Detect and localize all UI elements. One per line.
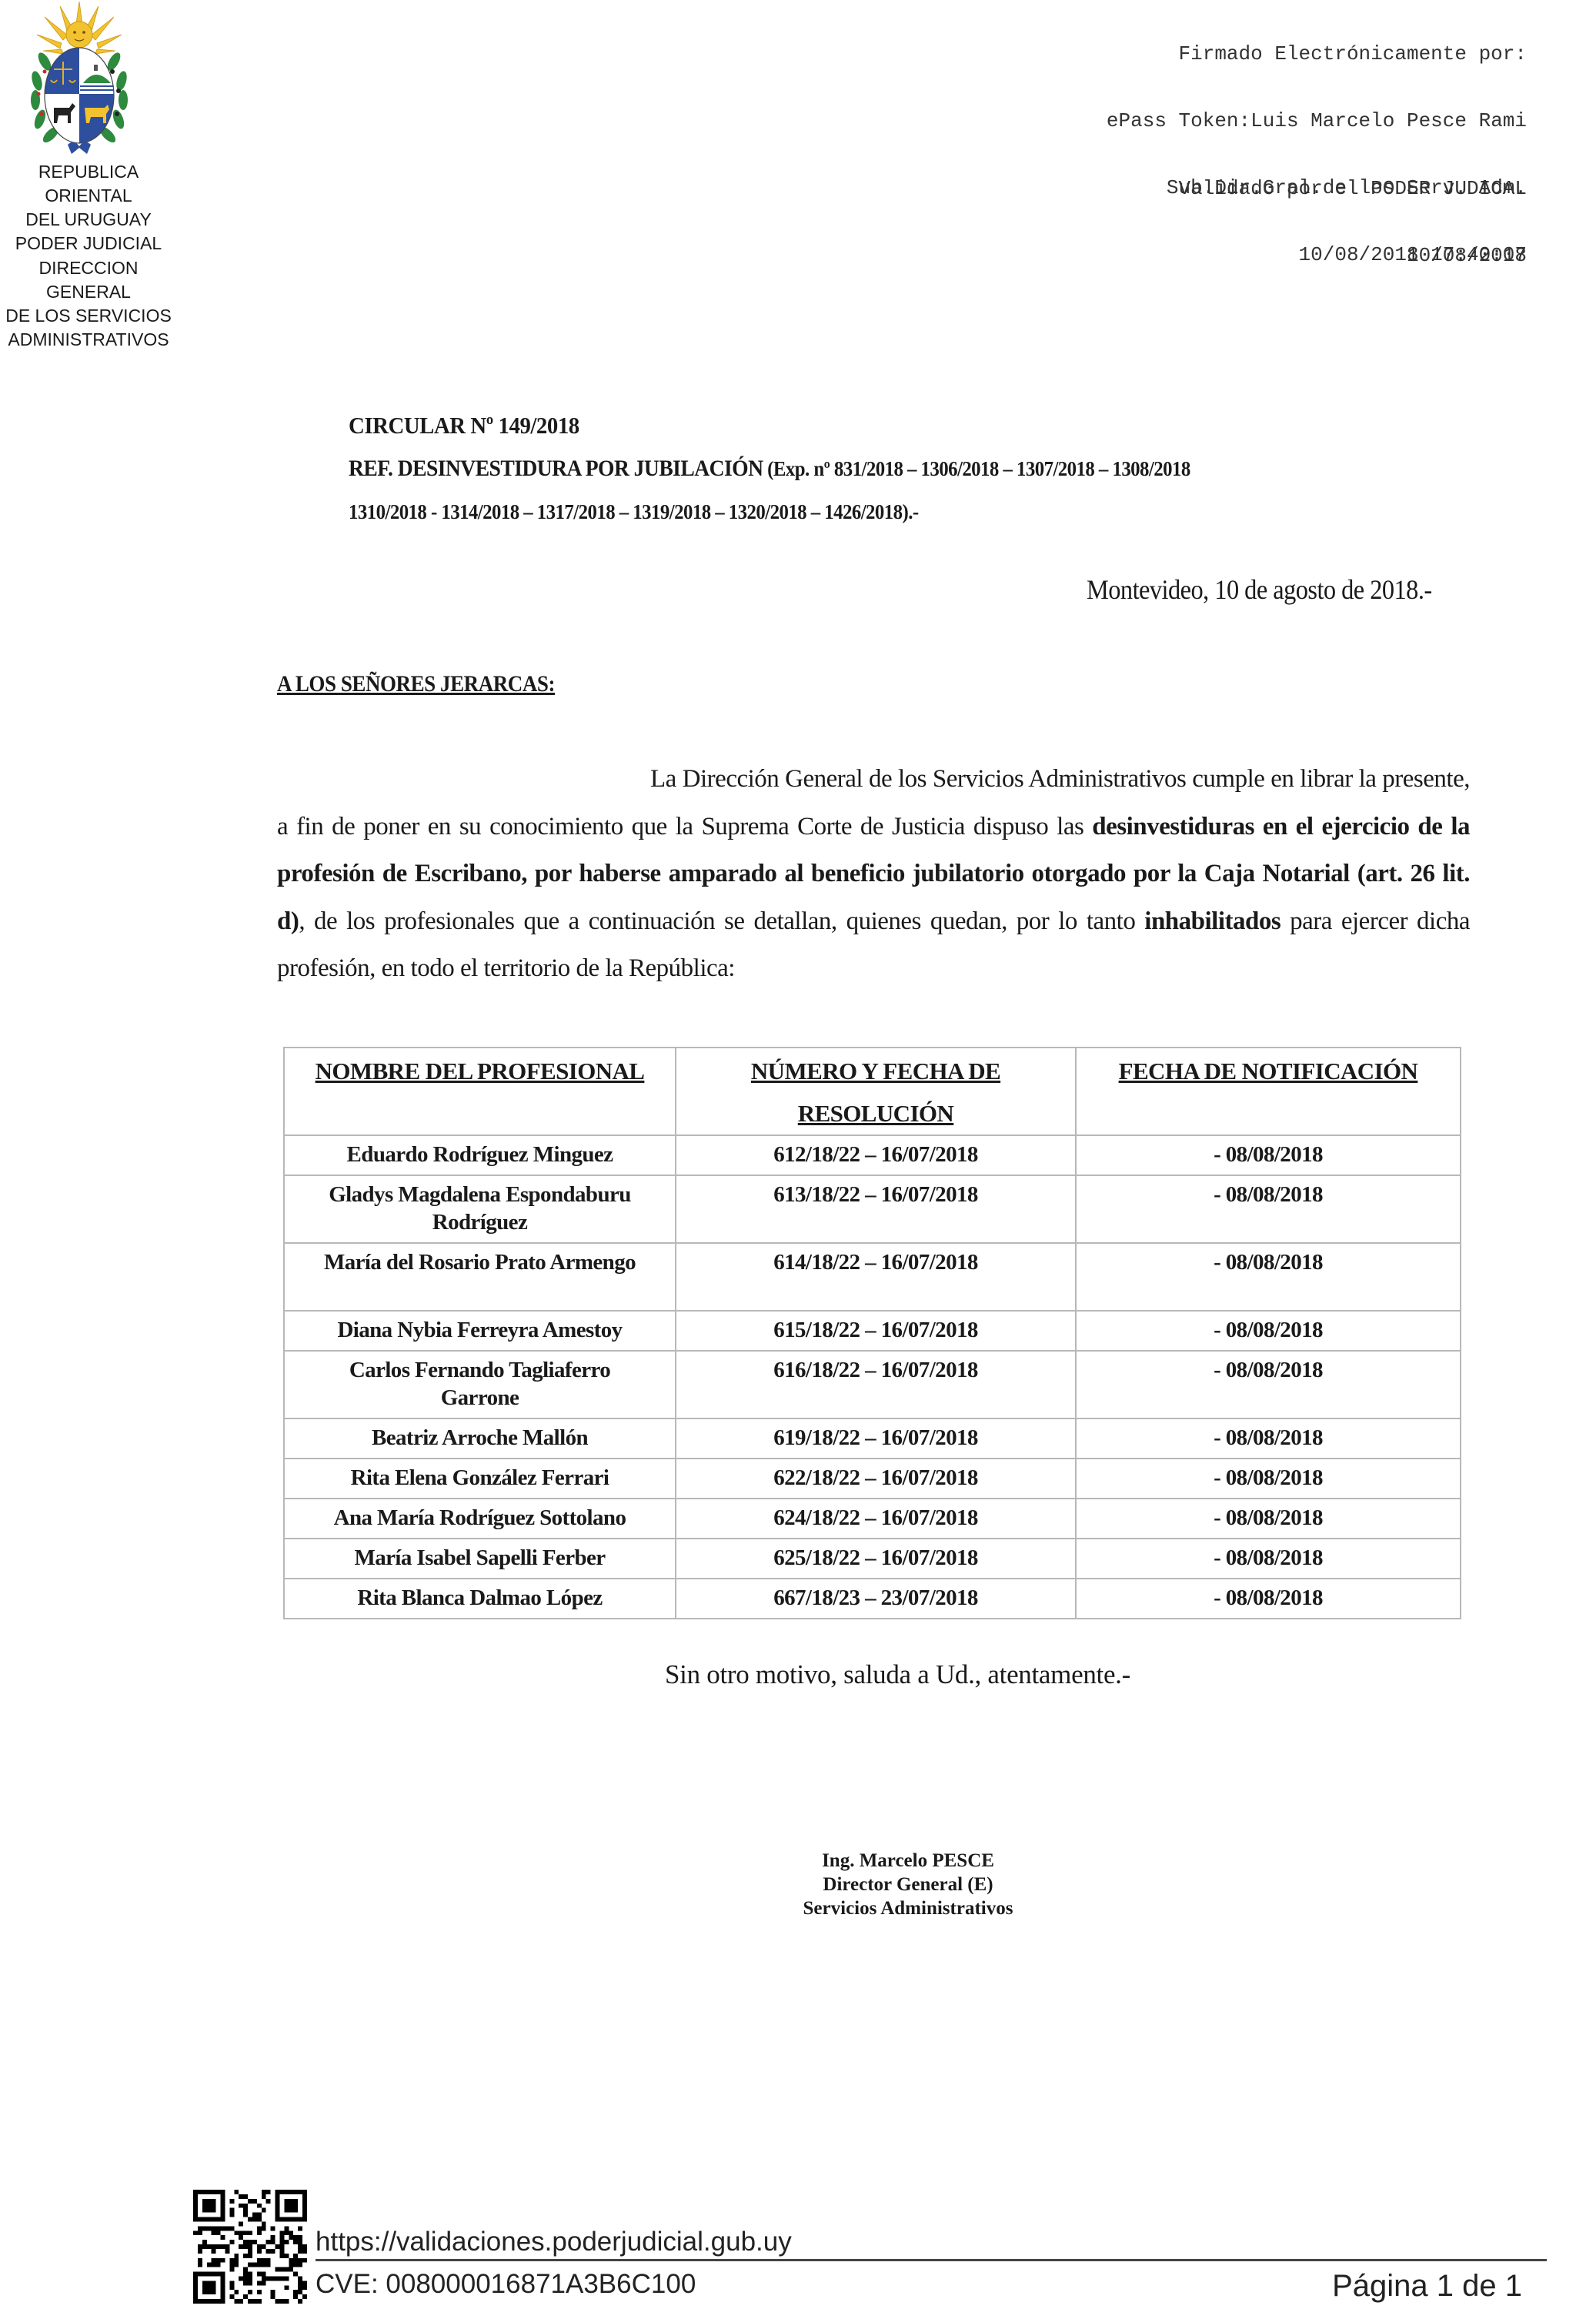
cell-notification: - 08/08/2018 bbox=[1076, 1418, 1461, 1459]
signature-line: ePass Token:Luis Marcelo Pesce Rami bbox=[1107, 110, 1527, 132]
cell-name: Diana Nybia Ferreyra Amestoy bbox=[284, 1311, 676, 1351]
cell-notification: - 08/08/2018 bbox=[1076, 1499, 1461, 1539]
cell-resolution: 612/18/22 – 16/07/2018 bbox=[676, 1135, 1076, 1175]
cell-name: María del Rosario Prato Armengo bbox=[284, 1243, 676, 1311]
org-line: REPUBLICA ORIENTAL bbox=[0, 160, 177, 208]
cell-name: María Isabel Sapelli Ferber bbox=[284, 1539, 676, 1579]
cell-name: Rita Elena González Ferrari bbox=[284, 1459, 676, 1499]
cell-name: Rita Blanca Dalmao López bbox=[284, 1579, 676, 1619]
body-paragraph: La Dirección General de los Servicios Ad… bbox=[277, 756, 1470, 993]
qr-code-icon bbox=[193, 2190, 307, 2304]
validation-line: Validado por el PODER JUDICAL bbox=[1179, 178, 1527, 200]
table-row: Gladys Magdalena Espondaburu Rodríguez61… bbox=[284, 1175, 1461, 1243]
org-name-block: REPUBLICA ORIENTAL DEL URUGUAY PODER JUD… bbox=[0, 160, 177, 256]
validation-url[interactable]: https://validaciones.poderjudicial.gub.u… bbox=[316, 2227, 792, 2257]
table-body: Eduardo Rodríguez Minguez612/18/22 – 16/… bbox=[284, 1135, 1461, 1619]
closing-line: Sin otro motivo, saluda a Ud., atentamen… bbox=[665, 1659, 1130, 1690]
page-number: Página 1 de 1 bbox=[1332, 2269, 1522, 2304]
cell-notification: - 08/08/2018 bbox=[1076, 1539, 1461, 1579]
cell-notification: - 08/08/2018 bbox=[1076, 1579, 1461, 1619]
department-line: ADMINISTRATIVOS bbox=[0, 328, 177, 352]
cell-resolution: 667/18/23 – 23/07/2018 bbox=[676, 1579, 1076, 1619]
cell-name: Gladys Magdalena Espondaburu Rodríguez bbox=[284, 1175, 676, 1243]
signer-name: Ing. Marcelo PESCE bbox=[754, 1849, 1062, 1873]
org-line: PODER JUDICIAL bbox=[0, 232, 177, 256]
column-header-resolution: NÚMERO Y FECHA DE RESOLUCIÓN bbox=[676, 1048, 1076, 1135]
place-and-date: Montevideo, 10 de agosto de 2018.- bbox=[1087, 573, 1432, 606]
cell-resolution: 622/18/22 – 16/07/2018 bbox=[676, 1459, 1076, 1499]
salutation: A LOS SEÑORES JERARCAS: bbox=[277, 671, 555, 697]
table-row: Eduardo Rodríguez Minguez612/18/22 – 16/… bbox=[284, 1135, 1461, 1175]
table-row: Rita Blanca Dalmao López667/18/23 – 23/0… bbox=[284, 1579, 1461, 1619]
professionals-table: NOMBRE DEL PROFESIONAL NÚMERO Y FECHA DE… bbox=[283, 1047, 1461, 1619]
body-text-run: , de los profesionales que a continuació… bbox=[299, 907, 1144, 935]
signer-title: Director General (E) bbox=[754, 1873, 1062, 1896]
signer-block: Ing. Marcelo PESCE Director General (E) … bbox=[754, 1849, 1062, 1920]
coat-of-arms-icon bbox=[14, 0, 145, 158]
validation-date: 10/08/2018 bbox=[1179, 245, 1527, 267]
column-header-name: NOMBRE DEL PROFESIONAL bbox=[284, 1048, 676, 1135]
cell-notification: - 08/08/2018 bbox=[1076, 1311, 1461, 1351]
validation-stamp: Validado por el PODER JUDICAL 10/08/2018 bbox=[1179, 133, 1527, 289]
department-line: DE LOS SERVICIOS bbox=[0, 304, 177, 328]
cell-name: Carlos Fernando Tagliaferro Garrone bbox=[284, 1351, 676, 1418]
table-row: Rita Elena González Ferrari622/18/22 – 1… bbox=[284, 1459, 1461, 1499]
reference-subject: REF. DESINVESTIDURA POR JUBILACIÓN bbox=[349, 456, 763, 481]
department-name-block: DIRECCION GENERAL DE LOS SERVICIOS ADMIN… bbox=[0, 256, 177, 352]
reference-line: REF. DESINVESTIDURA POR JUBILACIÓN (Exp.… bbox=[349, 456, 1190, 482]
cell-notification: - 08/08/2018 bbox=[1076, 1175, 1461, 1243]
verification-code: CVE: 008000016871A3B6C100 bbox=[316, 2269, 696, 2300]
table-row: Diana Nybia Ferreyra Amestoy615/18/22 – … bbox=[284, 1311, 1461, 1351]
signature-line: Firmado Electrónicamente por: bbox=[1107, 43, 1527, 65]
cell-resolution: 624/18/22 – 16/07/2018 bbox=[676, 1499, 1076, 1539]
cell-notification: - 08/08/2018 bbox=[1076, 1135, 1461, 1175]
cell-notification: - 08/08/2018 bbox=[1076, 1351, 1461, 1418]
circular-number: CIRCULAR Nº 149/2018 bbox=[349, 412, 579, 439]
column-header-notification: FECHA DE NOTIFICACIÓN bbox=[1076, 1048, 1461, 1135]
cell-resolution: 625/18/22 – 16/07/2018 bbox=[676, 1539, 1076, 1579]
table-row: María Isabel Sapelli Ferber625/18/22 – 1… bbox=[284, 1539, 1461, 1579]
table-row: María del Rosario Prato Armengo614/18/22… bbox=[284, 1243, 1461, 1311]
table-row: Ana María Rodríguez Sottolano624/18/22 –… bbox=[284, 1499, 1461, 1539]
cell-resolution: 616/18/22 – 16/07/2018 bbox=[676, 1351, 1076, 1418]
cell-resolution: 614/18/22 – 16/07/2018 bbox=[676, 1243, 1076, 1311]
signer-unit: Servicios Administrativos bbox=[754, 1896, 1062, 1920]
reference-expedients-continued: 1310/2018 - 1314/2018 – 1317/2018 – 1319… bbox=[349, 500, 919, 524]
reference-expedients: (Exp. nº 831/2018 – 1306/2018 – 1307/201… bbox=[763, 457, 1190, 480]
cell-name: Beatriz Arroche Mallón bbox=[284, 1418, 676, 1459]
cell-resolution: 613/18/22 – 16/07/2018 bbox=[676, 1175, 1076, 1243]
org-line: DEL URUGUAY bbox=[0, 208, 177, 232]
cell-name: Eduardo Rodríguez Minguez bbox=[284, 1135, 676, 1175]
footer-divider bbox=[316, 2259, 1547, 2261]
cell-notification: - 08/08/2018 bbox=[1076, 1243, 1461, 1311]
cell-resolution: 619/18/22 – 16/07/2018 bbox=[676, 1418, 1076, 1459]
department-line: DIRECCION GENERAL bbox=[0, 256, 177, 304]
cell-resolution: 615/18/22 – 16/07/2018 bbox=[676, 1311, 1076, 1351]
body-bold-run: inhabilitados bbox=[1144, 907, 1280, 935]
table-row: Beatriz Arroche Mallón619/18/22 – 16/07/… bbox=[284, 1418, 1461, 1459]
cell-name: Ana María Rodríguez Sottolano bbox=[284, 1499, 676, 1539]
table-row: Carlos Fernando Tagliaferro Garrone616/1… bbox=[284, 1351, 1461, 1418]
cell-notification: - 08/08/2018 bbox=[1076, 1459, 1461, 1499]
table-header-row: NOMBRE DEL PROFESIONAL NÚMERO Y FECHA DE… bbox=[284, 1048, 1461, 1135]
